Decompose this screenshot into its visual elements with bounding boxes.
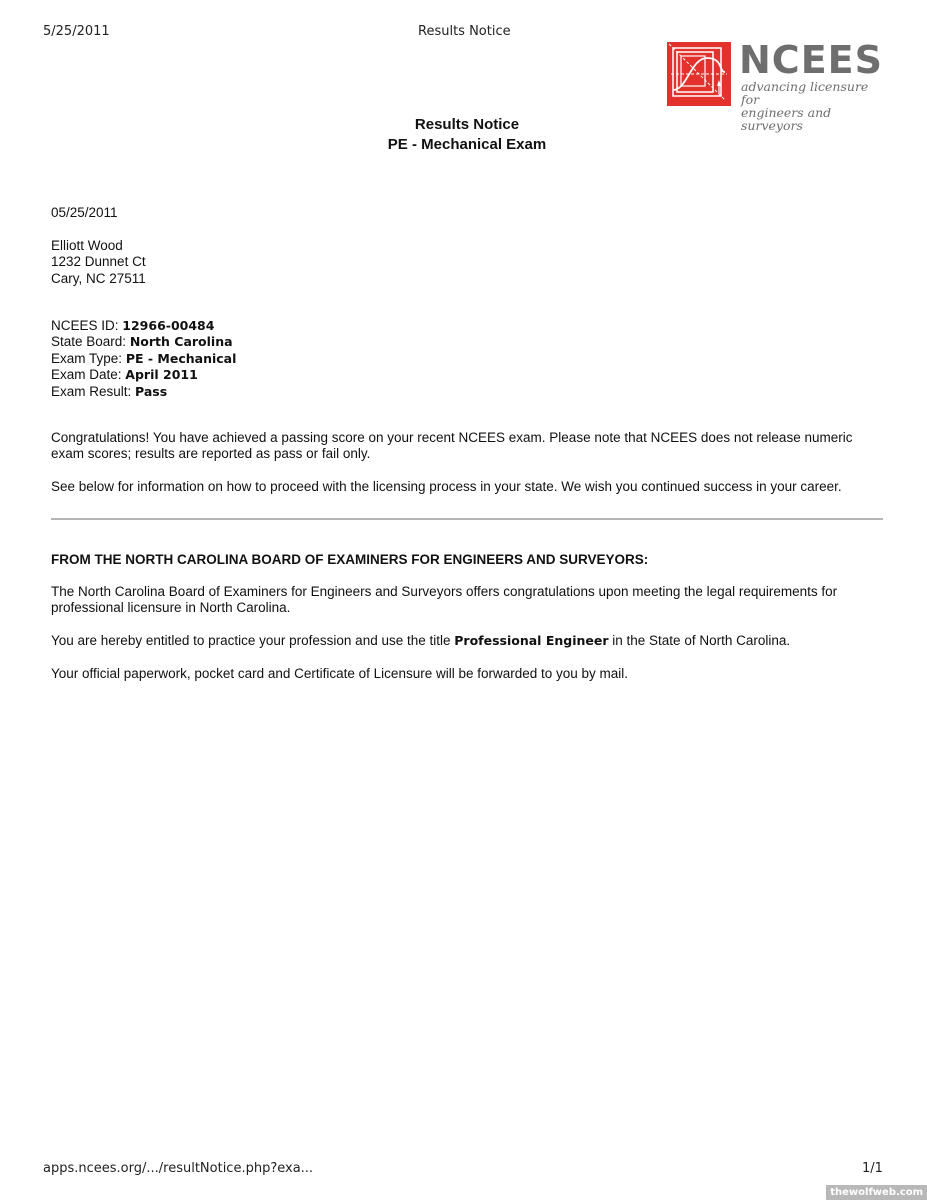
ncees-logo: NCEES advancing licensure for engineers … (667, 42, 887, 108)
section-divider (51, 518, 883, 520)
ncees-logo-icon (667, 42, 731, 106)
congrats-paragraph: Congratulations! You have achieved a pas… (51, 430, 883, 463)
title: Results Notice (51, 115, 883, 135)
page-number: 1/1 (862, 1161, 883, 1176)
entitlement-paragraph: You are hereby entitled to practice your… (51, 633, 883, 649)
logo-wordmark: NCEES (739, 38, 883, 82)
info-exam-type: Exam Type: PE - Mechanical (51, 351, 236, 367)
board-congrats-paragraph: The North Carolina Board of Examiners fo… (51, 584, 883, 617)
street-address: 1232 Dunnet Ct (51, 254, 146, 270)
print-title: Results Notice (418, 24, 511, 39)
city-state-zip: Cary, NC 27511 (51, 271, 146, 287)
info-exam-result: Exam Result: Pass (51, 384, 236, 400)
exam-info: NCEES ID: 12966-00484 State Board: North… (51, 318, 236, 400)
notice-date: 05/25/2011 (51, 205, 118, 221)
print-footer: apps.ncees.org/.../resultNotice.php?exa.… (0, 1161, 927, 1181)
title-professional-engineer: Professional Engineer (454, 633, 608, 648)
page-url: apps.ncees.org/.../resultNotice.php?exa.… (43, 1161, 313, 1176)
next-steps-paragraph: See below for information on how to proc… (51, 479, 883, 495)
recipient-name: Elliott Wood (51, 238, 146, 254)
info-state-board: State Board: North Carolina (51, 334, 236, 350)
watermark: thewolfweb.com (826, 1185, 927, 1200)
info-exam-date: Exam Date: April 2011 (51, 367, 236, 383)
subtitle: PE - Mechanical Exam (51, 135, 883, 155)
document-title: Results Notice PE - Mechanical Exam (51, 115, 883, 155)
board-heading: FROM THE NORTH CAROLINA BOARD OF EXAMINE… (51, 552, 648, 568)
mailing-address: Elliott Wood 1232 Dunnet Ct Cary, NC 275… (51, 238, 146, 287)
print-date: 5/25/2011 (43, 24, 110, 39)
paperwork-paragraph: Your official paperwork, pocket card and… (51, 666, 883, 682)
info-ncees-id: NCEES ID: 12966-00484 (51, 318, 236, 334)
